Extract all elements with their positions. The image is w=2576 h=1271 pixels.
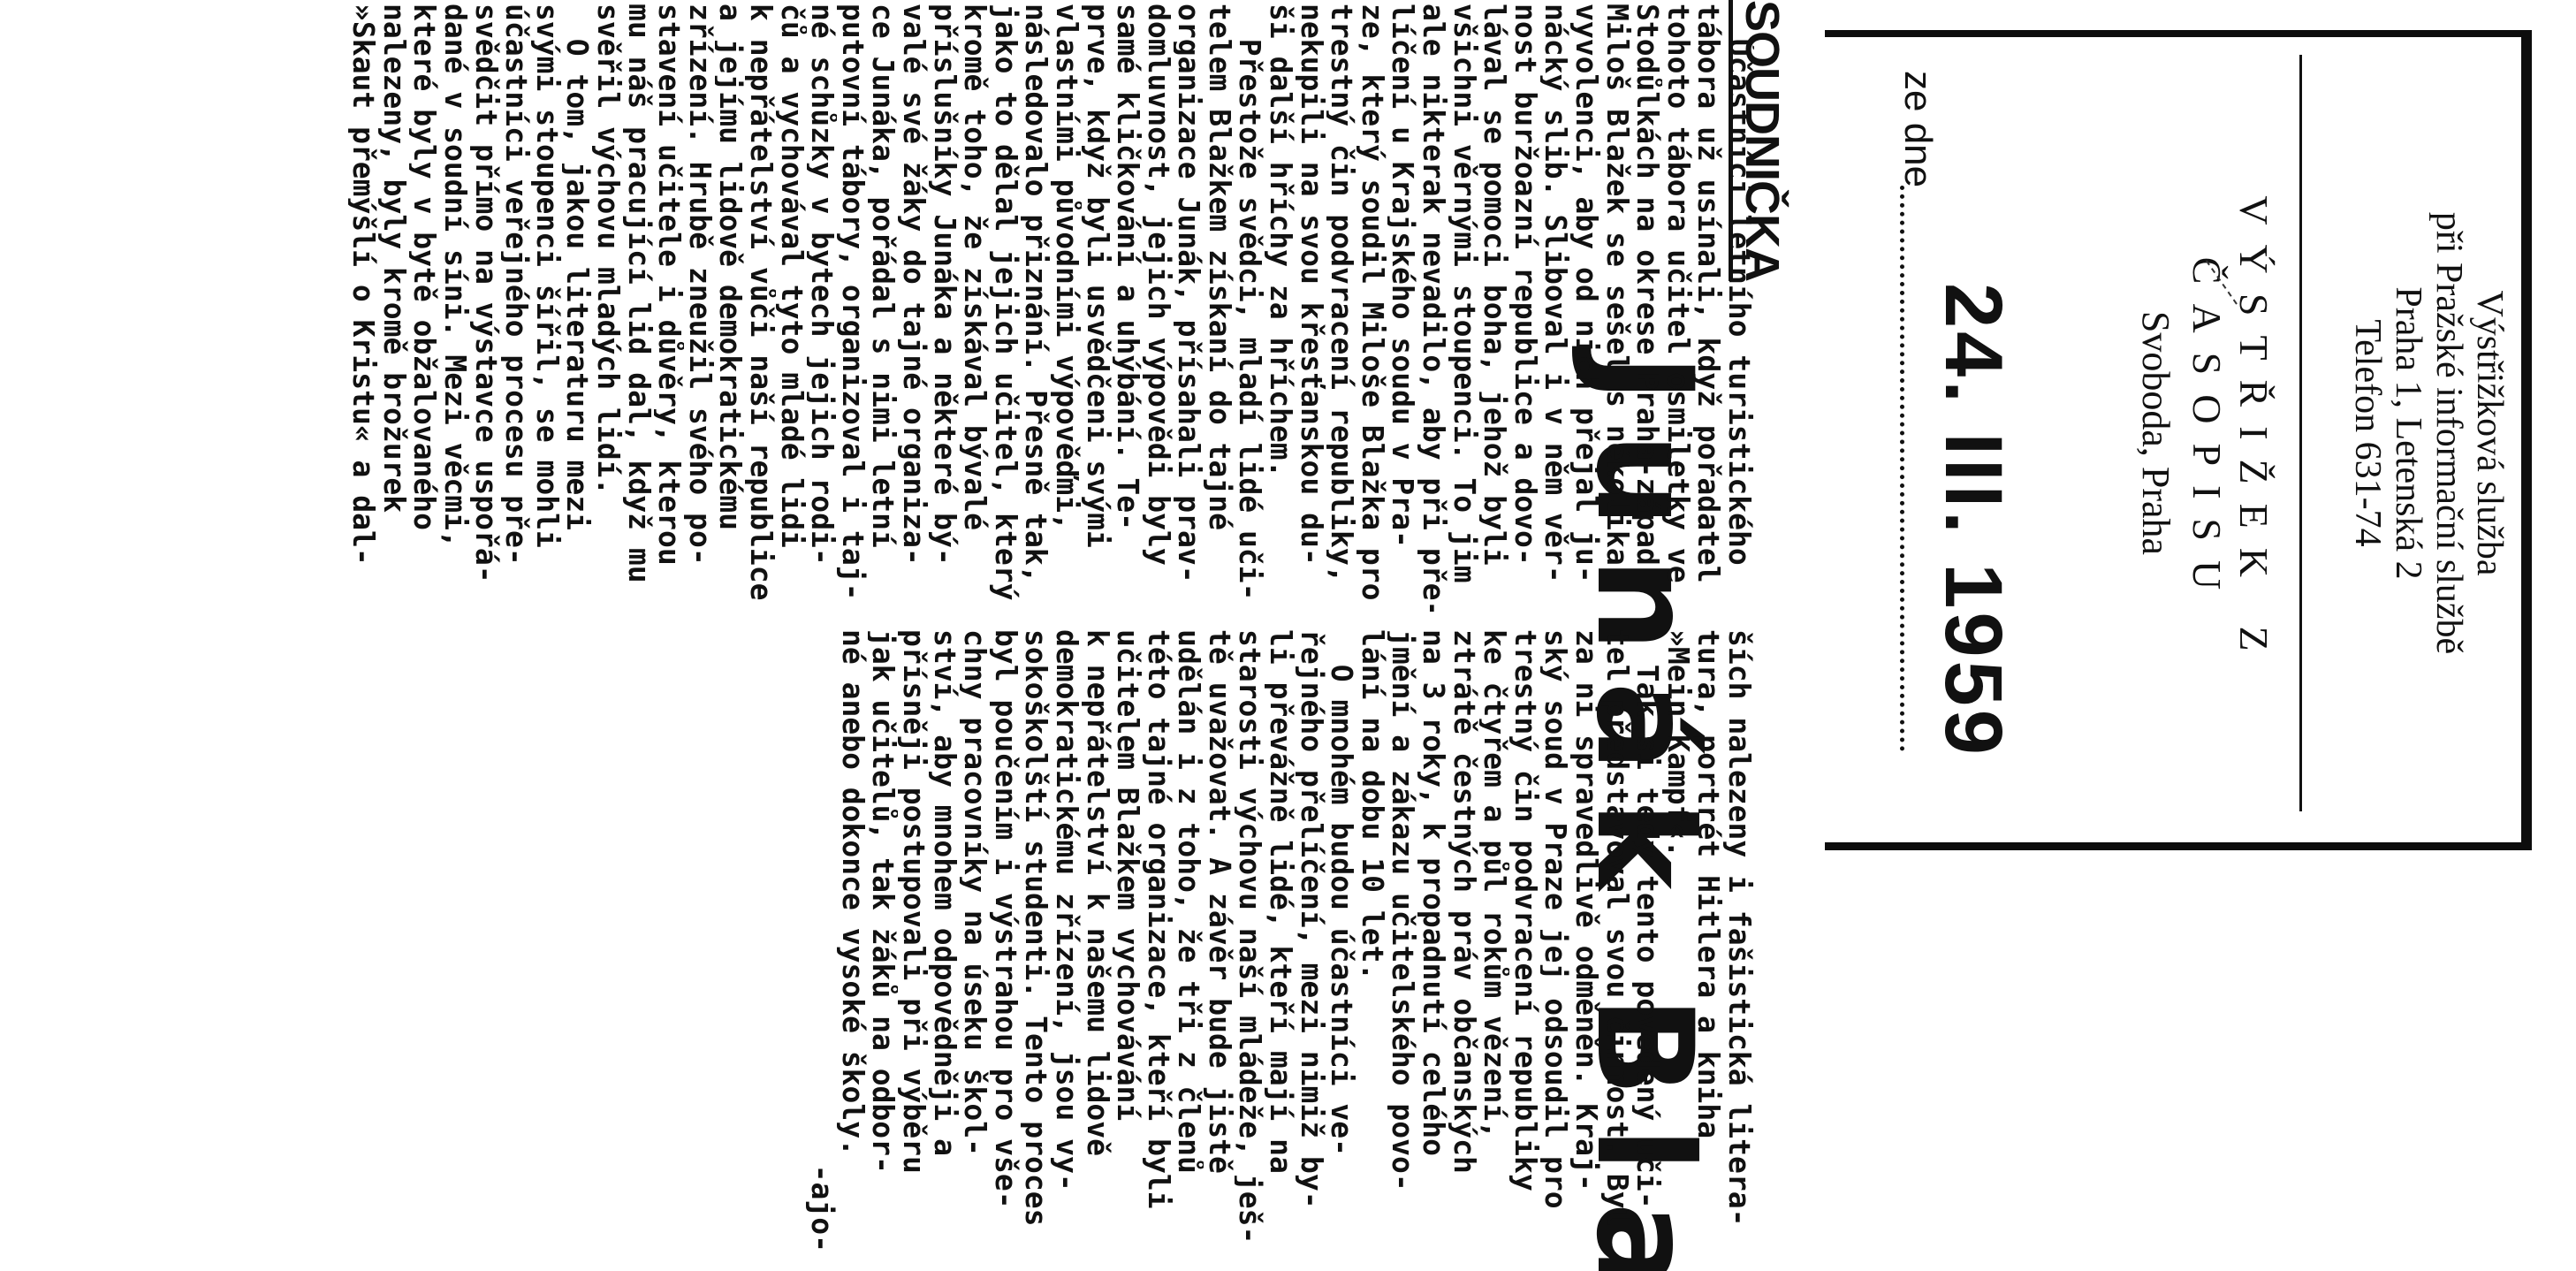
article-line: které byly v bytě obžalovaného — [409, 4, 440, 612]
article-line: ale nikterak nevadilo, aby při pře- — [1417, 4, 1448, 612]
article-line: tábora už usínali, když pořadatel — [1693, 4, 1724, 612]
article-line: líčení u Krajského soudu v Pra- — [1387, 4, 1418, 612]
newspaper-clipping: Výstřižková služba při Pražské informačn… — [0, 0, 2576, 1271]
article-line: prve, když byli usvědčeni svými — [1082, 4, 1113, 612]
article-line: k nepřátelství vůči naší republice — [745, 4, 776, 612]
article-line: učitelem Blažkem vychovávání — [1113, 629, 1144, 1261]
stamp-divider — [2299, 55, 2302, 811]
article-line: tura, portrét Hitlera a kniha — [1693, 629, 1724, 1261]
stamp-frame-right-border — [1825, 842, 2532, 850]
article-line: jako to dělal jejich učitel, který — [990, 4, 1021, 612]
article-line: byl poučením i výstrahou pro vše- — [990, 629, 1021, 1261]
article-line: zřízení. Hrubě zneužil svého po- — [684, 4, 715, 612]
article-line: Tak si tedy tento povedený uči- — [1632, 629, 1663, 1261]
article-line: za ni spravedlivě odměněn. Kraj- — [1570, 629, 1601, 1261]
author-signature: -ajo- — [807, 629, 838, 1261]
article-line: následovalo přiznání. Přesně tak, — [1021, 4, 1052, 612]
article-line: lání na dobu 10 let. — [1356, 629, 1387, 1261]
article-line: tohoto tábora učitel osmiletky ve — [1662, 4, 1693, 612]
stamp-frame-top-border — [2521, 30, 2532, 850]
article-line: né schůzky v bytech jejich rodi- — [807, 4, 838, 612]
article-column-2: ších nalezeny i fašistická litera-tura, … — [807, 629, 1754, 1261]
article-line: Miloš Blažek se sešel s několika — [1601, 4, 1632, 612]
article-line: udělán i z toho, že tři z členů — [1174, 629, 1204, 1261]
article-line: trestný čin podvracení republiky — [1509, 629, 1540, 1261]
article-line: Účastníci letního turistického — [1723, 4, 1754, 612]
article-line: jmění a zákazu učitelského povo- — [1387, 629, 1418, 1261]
article-line: né anebo dokonce vysoké školy. — [837, 629, 868, 1261]
article-line: Stodůlkách na okrese Praha-západ — [1632, 4, 1663, 612]
article-line: lával se pomoci boha, jehož byli — [1479, 4, 1510, 612]
article-line: jak učitelů, tak žáků na odbor- — [868, 629, 899, 1261]
article-line: »Skaut přemýšlí o Kristu« a dal- — [348, 4, 379, 612]
article-line: ších nalezeny i fašistická litera- — [1723, 629, 1754, 1261]
article-line: ztrátě čestných práv občanských — [1448, 629, 1479, 1261]
clipping-service-address: Výstřižková služba při Pražské informačn… — [2347, 62, 2510, 804]
article-line: O mnohém budou účastníci ve- — [1326, 629, 1357, 1261]
org-line: při Pražské informační službě — [2428, 62, 2469, 804]
article-line: na 3 roky, k propadnutí celého — [1417, 629, 1448, 1261]
article-line: nácký slib. Sliboval i v něm věr- — [1540, 4, 1571, 612]
org-line: Výstřižková služba — [2469, 62, 2510, 804]
article-line: svěřil výchovu mladých lidí. — [592, 4, 623, 612]
article-line: tel představoval svou činnost. Byl — [1601, 629, 1632, 1261]
article-line: sokoškolští studenti. Tento proces — [1021, 629, 1052, 1261]
article-line: li převážně lidé, kteří mají na — [1265, 629, 1296, 1261]
article-line: nost buržoazní republice a dovo- — [1509, 4, 1540, 612]
org-line: Telefon 631-74 — [2347, 62, 2388, 804]
article-line: této tajné organizace, kteří byli — [1143, 629, 1174, 1261]
article-line: vlastními původními výpověďmi, — [1051, 4, 1082, 612]
article-line: všichni věrnými stoupenci. To jim — [1448, 4, 1479, 612]
article-line: stavení učitele i důvěry, kterou — [654, 4, 685, 612]
article-line: příslušníky Junáka a některé bý- — [929, 4, 960, 612]
article-line: a jejímu lidově demokratickému — [715, 4, 746, 612]
article-line: účastníci veřejného procesu pře- — [501, 4, 532, 612]
article-line: telem Blažkem získaní do tajné — [1204, 4, 1235, 612]
article-line: trestný čin podvracení republiky, — [1326, 4, 1357, 612]
article-line: domluvnost, jejich výpovědi byly — [1143, 4, 1174, 612]
article-line: vyvolenci, aby od nich přejal ju- — [1570, 4, 1601, 612]
article-line: ši další hříchy za hříchem. — [1265, 4, 1296, 612]
article-line: ke čtyřem a půl rokům vězení, — [1479, 629, 1510, 1261]
date-field: ze dne 24. III. 1959 — [1860, 62, 2037, 840]
article-line: tě uvažovat. A závěr bude jistě — [1204, 629, 1235, 1261]
article-line: starosti výchovu naší mládeže, ješ- — [1235, 629, 1265, 1261]
date-label: ze dne — [1896, 71, 1940, 187]
article-line: řejného přelíčení, mezi nimiž by- — [1296, 629, 1326, 1261]
article-line: »Mein Kampf«. — [1662, 629, 1693, 1261]
article-line: nalezeny, byly kromě brožurek — [378, 4, 409, 612]
article-line: čů a vychovával tyto mladé lidi — [776, 4, 807, 612]
article-line: mu náš pracující lid dal, když mu — [623, 4, 654, 612]
article-line: chny pracovníky na úseku škol- — [960, 629, 991, 1261]
article-line: ský soud v Praze jej odsoudil pro — [1540, 629, 1571, 1261]
article-line: ce Junáka, pořádal s nimi letní — [868, 4, 899, 612]
article-line: demokratickému zřízení, jsou vy- — [1051, 629, 1082, 1261]
article-column-1: Účastníci letního turistickéhotábora už … — [348, 4, 1754, 612]
article-line: organizace Junák, přísahali prav- — [1174, 4, 1204, 612]
article-line: kromě toho, že získával bývalé — [960, 4, 991, 612]
stamp-title: VÝSTŘIŽEK Z ČASOPISU — [2184, 62, 2277, 804]
article-line: samé kličkování a uhýbání. Te- — [1113, 4, 1144, 612]
org-line: Praha 1, Letenská 2 — [2388, 62, 2428, 804]
article-line: valé své žáky do tajné organiza- — [898, 4, 929, 612]
article-line: Přestože svědci, mladí lidé uči- — [1235, 4, 1265, 612]
article-line: dané v soudní síni. Mezi věcmi, — [439, 4, 470, 612]
article-line: O tom, jakou literaturu mezi — [562, 4, 593, 612]
article-line: putovní tábory, organizoval i taj- — [837, 4, 868, 612]
article-line: k nepřátelství k našemu lidově — [1082, 629, 1113, 1261]
stamp-frame-left-border — [1825, 30, 2532, 37]
publication-name: Svoboda, Praha — [2133, 62, 2178, 804]
article-line: přísněji postupovali při výběru — [898, 629, 929, 1261]
date-stamp-value: 24. III. 1959 — [1926, 283, 2019, 758]
article-line: svými stoupenci šířil, se mohli — [531, 4, 562, 612]
article-line: nekupili na svou křesťanskou du- — [1296, 4, 1326, 612]
date-dotted-line — [1900, 186, 1904, 751]
article-line: ství, aby mnohem odpovědněji a — [929, 629, 960, 1261]
article-line: ze, který soudil Miloše Blažka pro — [1356, 4, 1387, 612]
article-line: svědčit přímo na výstavce uspořá- — [470, 4, 501, 612]
